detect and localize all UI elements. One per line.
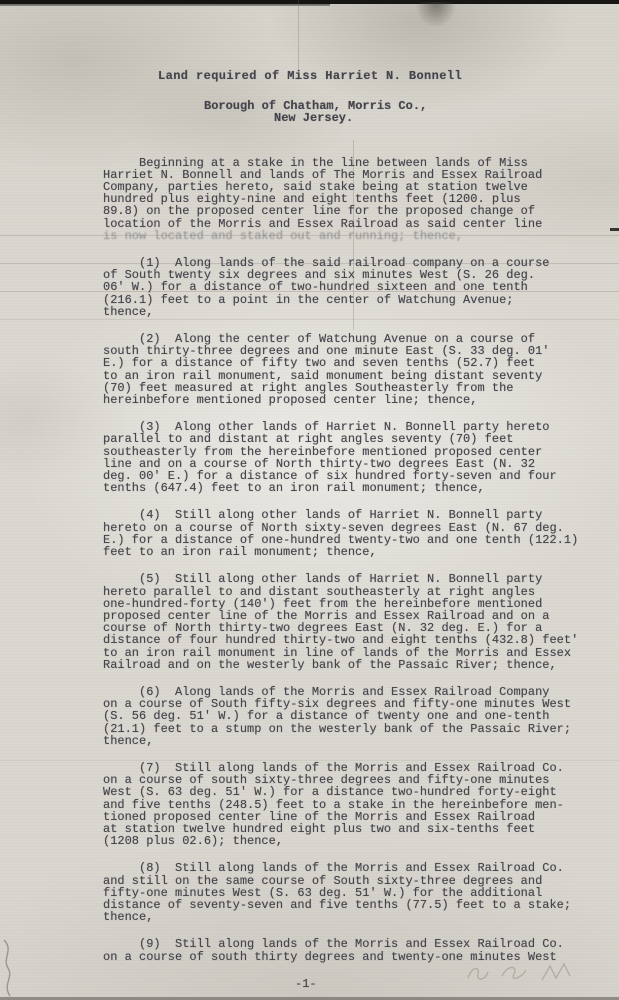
clause-4: (4) Still along other lands of Harriet N…	[103, 509, 619, 558]
intro-paragraph-faded-line: is now located and staked out and runnin…	[103, 230, 619, 242]
clause-5: (5) Still along other lands of Harriet N…	[103, 573, 619, 671]
clause-6: (6) Along lands of the Morris and Essex …	[103, 686, 619, 747]
document-subtitle-state: New Jersey.	[274, 112, 619, 124]
clause-3: (3) Along other lands of Harriet N. Bonn…	[103, 421, 619, 494]
pencil-scribble-bottom-right	[462, 958, 582, 992]
scanned-document-page: Land required of Miss Harriet N. Bonnell…	[0, 0, 619, 1000]
document-title: Land required of Miss Harriet N. Bonnell	[158, 70, 619, 82]
clause-7: (7) Still along lands of the Morris and …	[103, 762, 619, 847]
typewritten-text-block: Land required of Miss Harriet N. Bonnell…	[0, 0, 619, 1000]
clause-2: (2) Along the center of Watchung Avenue …	[103, 333, 619, 406]
document-subtitle-borough: Borough of Chatham, Morris Co.,	[204, 100, 619, 112]
pencil-scribble-bottom-left	[0, 938, 26, 998]
intro-paragraph: Beginning at a stake in the line between…	[103, 157, 619, 230]
clause-8: (8) Still along lands of the Morris and …	[103, 862, 619, 923]
clause-1: (1) Along lands of the said railroad com…	[103, 257, 619, 318]
